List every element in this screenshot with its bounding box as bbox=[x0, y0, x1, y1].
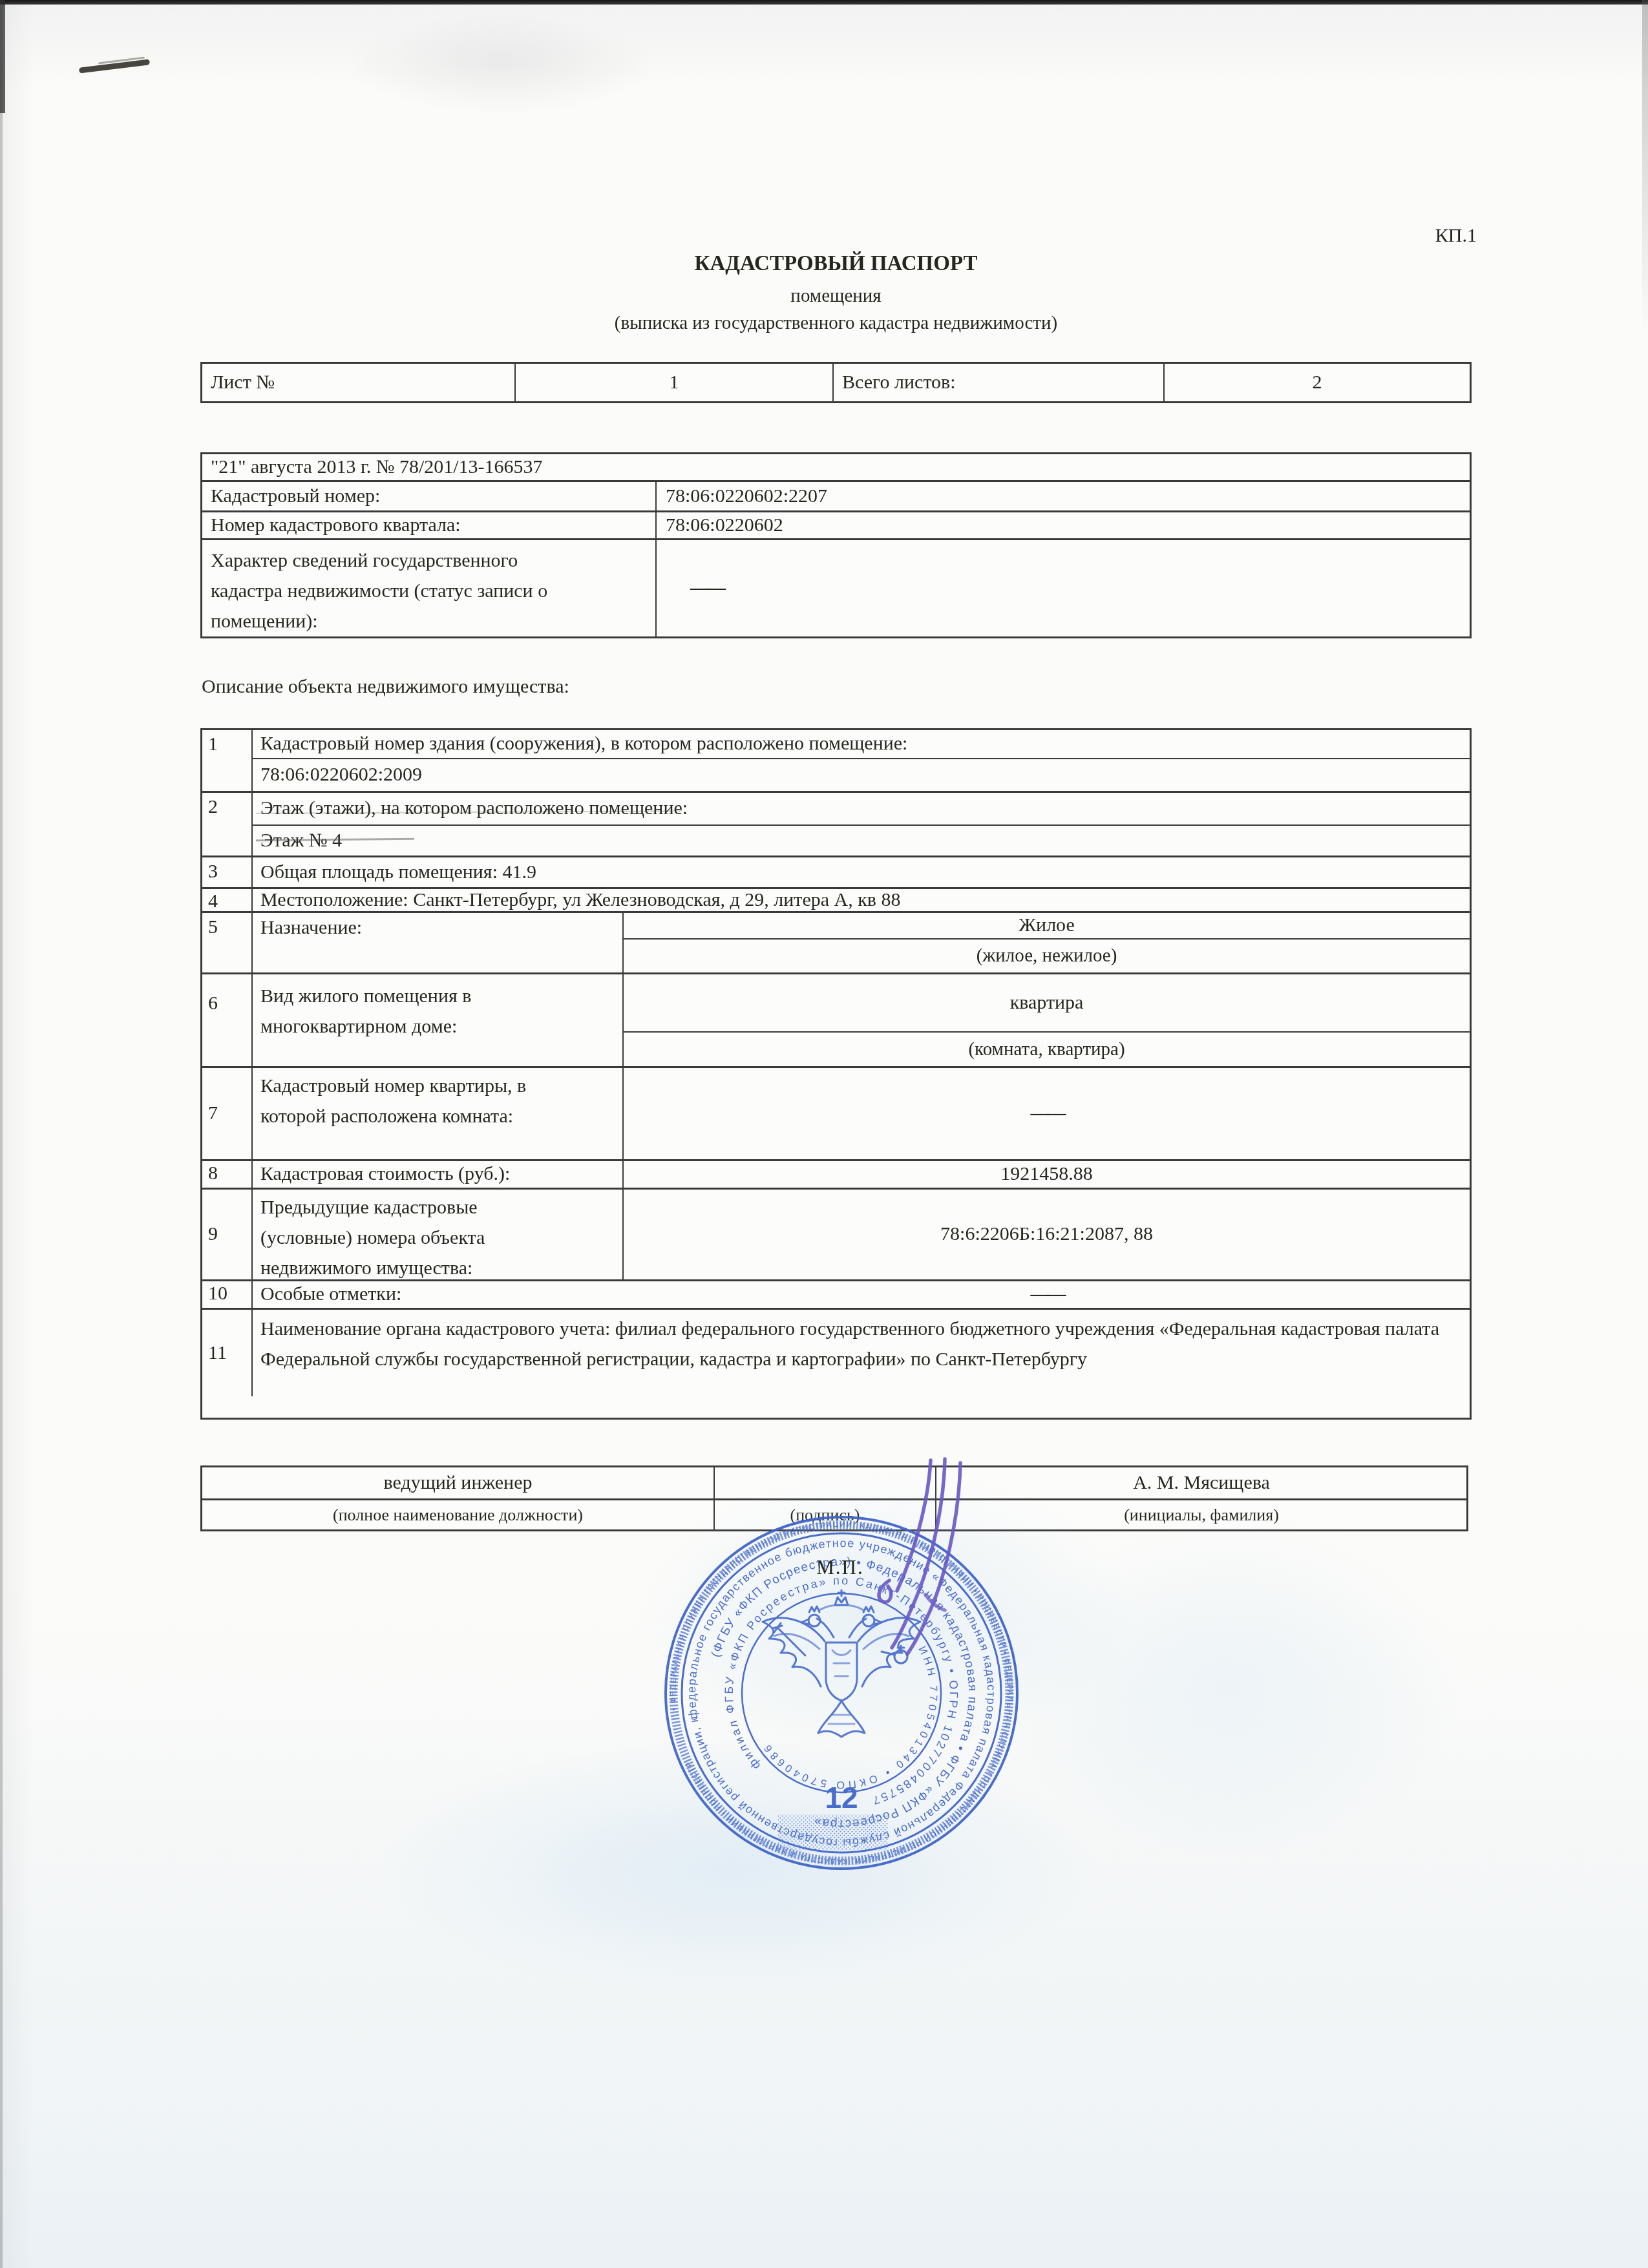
sheet-number: 1 bbox=[516, 364, 834, 401]
table-row: 4 Местоположение: Санкт-Петербург, ул Же… bbox=[202, 889, 1470, 913]
row6-label: Вид жилого помещения в многоквартирном д… bbox=[260, 981, 538, 1042]
row-number: 4 bbox=[202, 889, 253, 911]
row-number: 8 bbox=[202, 1161, 253, 1188]
total-sheets-value: 2 bbox=[1165, 364, 1470, 401]
scan-edge-right bbox=[1642, 0, 1648, 336]
description-heading: Описание объекта недвижимого имущества: bbox=[202, 676, 569, 698]
row-number: 1 bbox=[202, 730, 253, 791]
status-empty-dash: —— bbox=[690, 577, 723, 600]
document-title: КАДАСТРОВЫЙ ПАСПОРТ bbox=[200, 252, 1472, 276]
table-row: 11 Наименование органа кадастрового учет… bbox=[202, 1310, 1470, 1396]
position-hint: (полное наименование должности) bbox=[202, 1500, 715, 1529]
quarter-number-value: 78:06:0220602 bbox=[657, 512, 1470, 538]
scan-smudge-top bbox=[349, 12, 653, 115]
row6-hint: (комната, квартира) bbox=[624, 1033, 1470, 1066]
scan-edge-left bbox=[0, 0, 3, 2268]
ink-wash bbox=[995, 1512, 1461, 1861]
document-subtitle: помещения bbox=[200, 286, 1472, 307]
handwritten-signature bbox=[834, 1453, 1041, 1672]
row1-label: Кадастровый номер здания (сооружения), в… bbox=[253, 730, 1470, 759]
row4-text: Местоположение: Санкт-Петербург, ул Желе… bbox=[253, 889, 1470, 911]
row-number: 11 bbox=[202, 1310, 253, 1396]
row9-value: 78:6:2206Б:16:21:2087, 88 bbox=[624, 1190, 1470, 1279]
row5-value: Жилое bbox=[624, 913, 1470, 940]
registration-date-line: "21" августа 2013 г. № 78/201/13-166537 bbox=[202, 454, 1470, 480]
row3-text: Общая площадь помещения: 41.9 bbox=[253, 857, 1470, 887]
sheet-table: Лист № 1 Всего листов: 2 bbox=[200, 362, 1472, 403]
cadastral-number-label: Кадастровый номер: bbox=[202, 482, 657, 510]
table-row: 6 Вид жилого помещения в многоквартирном… bbox=[202, 974, 1470, 1068]
scanned-cadastral-passport-page: КП.1 КАДАСТРОВЫЙ ПАСПОРТ помещения (выпи… bbox=[0, 0, 1648, 2268]
row11-text: Наименование органа кадастрового учета: … bbox=[260, 1314, 1450, 1374]
row-number: 6 bbox=[202, 974, 253, 1066]
table-row: 1 Кадастровый номер здания (сооружения),… bbox=[202, 730, 1470, 793]
table-row: 3 Общая площадь помещения: 41.9 bbox=[202, 857, 1470, 889]
row-number: 9 bbox=[202, 1190, 253, 1279]
table-row: 5 Назначение: Жилое (жилое, нежилое) bbox=[202, 913, 1470, 974]
row8-value: 1921458.88 bbox=[624, 1161, 1470, 1188]
row7-empty-dash: —— bbox=[1031, 1102, 1063, 1125]
scan-edge-left-dark bbox=[0, 0, 5, 113]
signer-position: ведущий инженер bbox=[202, 1467, 715, 1498]
table-row: 7 Кадастровый номер квартиры, в которой … bbox=[202, 1068, 1470, 1161]
scan-edge-top bbox=[0, 0, 1648, 5]
cadastral-number-value: 78:06:0220602:2207 bbox=[657, 482, 1470, 510]
row10-empty-dash: —— bbox=[1031, 1283, 1063, 1306]
row2-value: Этаж № 4 bbox=[253, 826, 1470, 856]
sheet-label: Лист № bbox=[202, 364, 516, 401]
stamp-number: 12 bbox=[825, 1781, 858, 1814]
row1-value: 78:06:0220602:2009 bbox=[253, 759, 1470, 791]
row-number: 7 bbox=[202, 1068, 253, 1159]
table-row: 2 Этаж (этажи), на котором расположено п… bbox=[202, 793, 1470, 857]
quarter-number-label: Номер кадастрового квартала: bbox=[202, 512, 657, 538]
row-number: 2 bbox=[202, 793, 253, 856]
row-number: 10 bbox=[202, 1281, 253, 1308]
table-row: 8 Кадастровая стоимость (руб.): 1921458.… bbox=[202, 1161, 1470, 1190]
row5-label: Назначение: bbox=[253, 913, 624, 972]
total-sheets-label: Всего листов: bbox=[834, 364, 1165, 401]
form-code: КП.1 bbox=[1412, 225, 1477, 247]
row-number: 5 bbox=[202, 913, 253, 972]
document-note: (выписка из государственного кадастра не… bbox=[200, 313, 1472, 334]
row8-label: Кадастровая стоимость (руб.): bbox=[253, 1161, 624, 1188]
row2-label: Этаж (этажи), на котором расположено пом… bbox=[253, 793, 1470, 826]
row6-value: квартира bbox=[624, 974, 1470, 1033]
row5-hint: (жилое, нежилое) bbox=[624, 940, 1470, 972]
row-number: 3 bbox=[202, 857, 253, 887]
row10-label: Особые отметки: bbox=[253, 1281, 624, 1308]
object-table: 1 Кадастровый номер здания (сооружения),… bbox=[200, 728, 1472, 1420]
table-row: 9 Предыдущие кадастровые (условные) номе… bbox=[202, 1190, 1470, 1281]
table-row: 10 Особые отметки: —— bbox=[202, 1281, 1470, 1310]
registration-table: "21" августа 2013 г. № 78/201/13-166537 … bbox=[200, 452, 1472, 638]
stamp-hatch-block bbox=[778, 1814, 888, 1851]
row7-label: Кадастровый номер квартиры, в которой ра… bbox=[260, 1071, 545, 1131]
row9-label: Предыдущие кадастровые (условные) номера… bbox=[260, 1192, 532, 1283]
status-label: Характер сведений государственного кадас… bbox=[211, 545, 582, 636]
